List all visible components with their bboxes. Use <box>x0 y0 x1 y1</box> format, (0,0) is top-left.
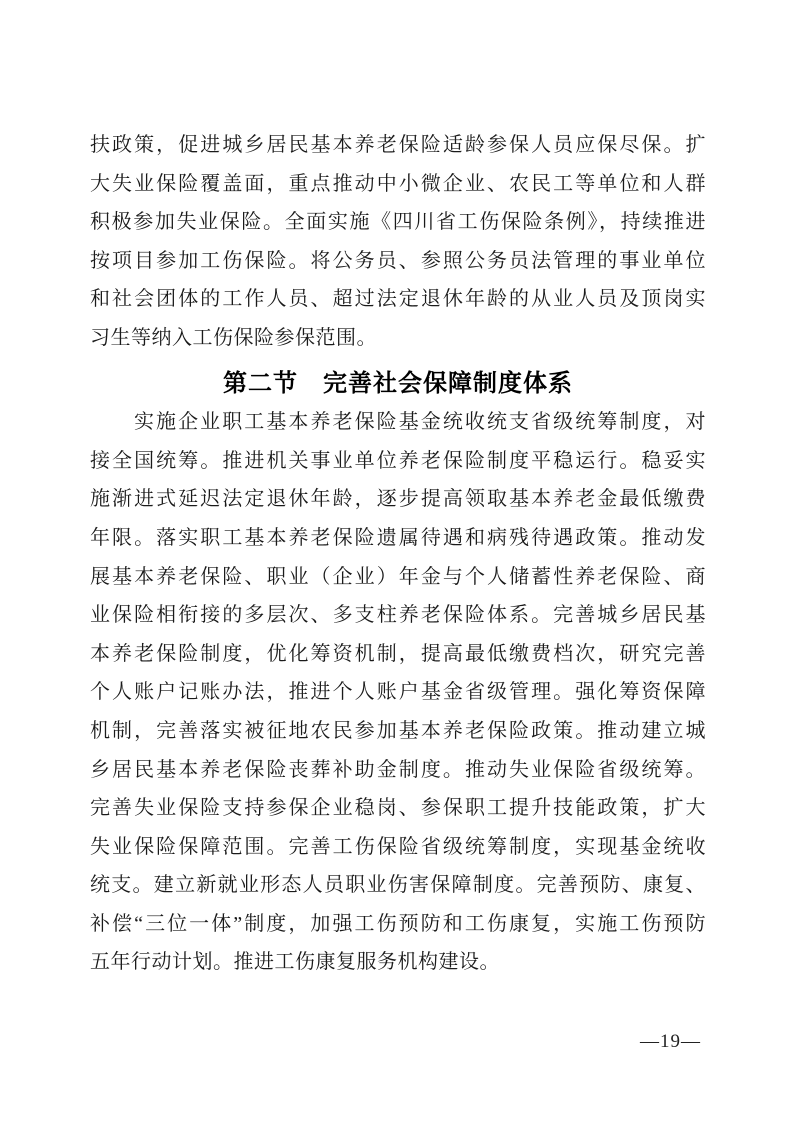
text-line: 业保险相衔接的多层次、多支柱养老保险体系。完善城乡居民基 <box>90 596 706 635</box>
text-line: 统支。建立新就业形态人员职业伤害保障制度。完善预防、康复、 <box>90 866 706 905</box>
text-line: 扶政策，促进城乡居民基本养老保险适龄参保人员应保尽保。扩 <box>90 126 706 165</box>
text-line: 展基本养老保险、职业（企业）年金与个人储蓄性养老保险、商 <box>90 558 706 597</box>
text-line: 个人账户记账办法，推进个人账户基金省级管理。强化筹资保障 <box>90 673 706 712</box>
text-line: 本养老保险制度，优化筹资机制，提高最低缴费档次，研究完善 <box>90 635 706 674</box>
paragraph-section-body: 实施企业职工基本养老保险基金统收统支省级统筹制度，对 接全国统筹。推进机关事业单… <box>90 403 706 982</box>
section-heading: 第二节 完善社会保障制度体系 <box>90 365 706 404</box>
text-line: 按项目参加工伤保险。将公务员、参照公务员法管理的事业单位 <box>90 242 706 281</box>
text-line: 和社会团体的工作人员、超过法定退休年龄的从业人员及顶岗实 <box>90 280 706 319</box>
text-line: 失业保险保障范围。完善工伤保险省级统筹制度，实现基金统收 <box>90 828 706 867</box>
text-line: 大失业保险覆盖面，重点推动中小微企业、农民工等单位和人群 <box>90 165 706 204</box>
text-line: 五年行动计划。推进工伤康复服务机构建设。 <box>90 943 706 982</box>
text-line: 乡居民基本养老保险丧葬补助金制度。推动失业保险省级统筹。 <box>90 751 706 790</box>
text-line: 施渐进式延迟法定退休年龄，逐步提高领取基本养老金最低缴费 <box>90 480 706 519</box>
text-line: 积极参加失业保险。全面实施《四川省工伤保险条例》，持续推进 <box>90 203 706 242</box>
text-line: 接全国统筹。推进机关事业单位养老保险制度平稳运行。稳妥实 <box>90 442 706 481</box>
document-page: 扶政策，促进城乡居民基本养老保险适龄参保人员应保尽保。扩 大失业保险覆盖面，重点… <box>0 0 793 1122</box>
page-number: —19— <box>640 1029 701 1055</box>
text-line: 实施企业职工基本养老保险基金统收统支省级统筹制度，对 <box>90 403 706 442</box>
document-body: 扶政策，促进城乡居民基本养老保险适龄参保人员应保尽保。扩 大失业保险覆盖面，重点… <box>90 126 706 982</box>
text-line: 习生等纳入工伤保险参保范围。 <box>90 319 706 358</box>
text-line: 完善失业保险支持参保企业稳岗、参保职工提升技能政策，扩大 <box>90 789 706 828</box>
text-line: 补偿“三位一体”制度，加强工伤预防和工伤康复，实施工伤预防 <box>90 905 706 944</box>
text-line: 年限。落实职工基本养老保险遗属待遇和病残待遇政策。推动发 <box>90 519 706 558</box>
text-line: 机制，完善落实被征地农民参加基本养老保险政策。推动建立城 <box>90 712 706 751</box>
paragraph-continuation: 扶政策，促进城乡居民基本养老保险适龄参保人员应保尽保。扩 大失业保险覆盖面，重点… <box>90 126 706 358</box>
